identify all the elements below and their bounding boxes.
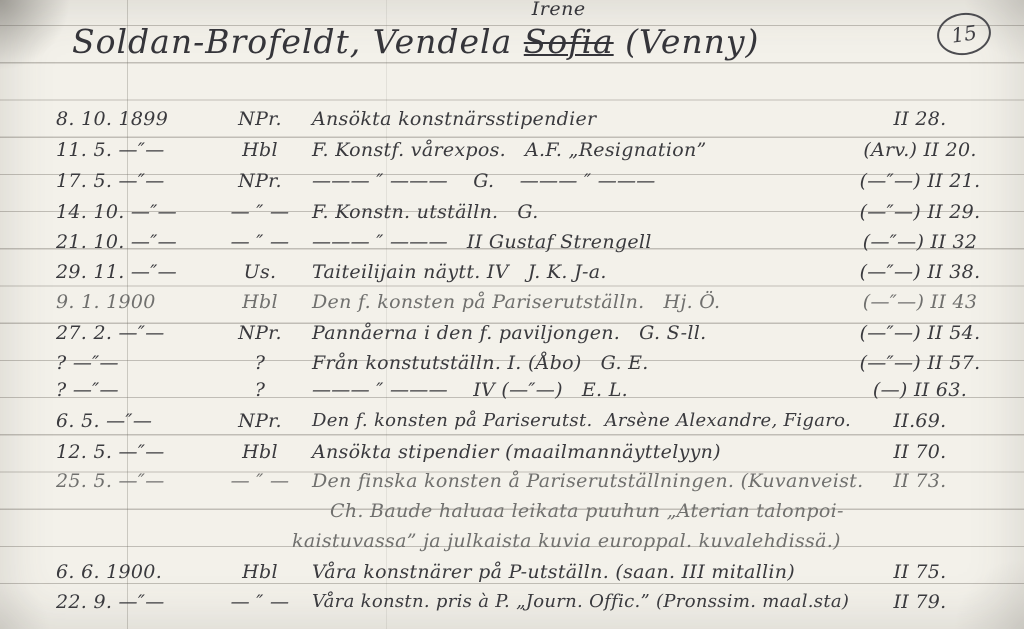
entry-text: Den f. konsten på Pariserutställn. Hj. Ö… bbox=[312, 291, 720, 313]
entry-row: 27. 2. —″— NPr. Pannåerna i den f. pavil… bbox=[0, 322, 1024, 352]
ledger-card: Soldan-Brofeldt, Vendela SofiaIrene (Ven… bbox=[0, 0, 1024, 629]
entry-date: 6. 6. 1900. bbox=[30, 561, 220, 583]
entry-source: Hbl bbox=[210, 561, 310, 583]
entry-date: 12. 5. —″— bbox=[30, 441, 220, 463]
entry-continuation-row: kaistuvassa” ja julkaista kuvia europpal… bbox=[0, 530, 1024, 560]
entry-source: Us. bbox=[210, 261, 310, 283]
entry-ref: II 28. bbox=[822, 108, 1018, 130]
entry-source: NPr. bbox=[210, 170, 310, 192]
page-number: 15 bbox=[950, 20, 979, 47]
entry-text: ——— ″ ——— IV (—″—) E. L. bbox=[312, 379, 628, 401]
entry-date: 6. 5. —″— bbox=[30, 410, 220, 432]
name-correction: Irene bbox=[532, 0, 586, 20]
entry-text: Från konstutställn. I. (Åbo) G. E. bbox=[312, 352, 649, 374]
entry-source: Hbl bbox=[210, 291, 310, 313]
entry-row: 25. 5. —″— — ″ — Den finska konsten å Pa… bbox=[0, 470, 1024, 500]
entry-continuation-row: Ch. Baude haluaa leikata puuhun „Aterian… bbox=[0, 500, 1024, 530]
entry-text: Pannåerna i den f. paviljongen. G. S-ll. bbox=[312, 322, 706, 344]
entry-source: — ″ — bbox=[210, 231, 310, 253]
entry-text: ——— ″ ——— G. ——— ″ ——— bbox=[312, 170, 656, 192]
entry-row: 11. 5. —″— Hbl F. Konstf. vårexpos. A.F.… bbox=[0, 139, 1024, 169]
entry-date: 25. 5. —″— bbox=[30, 470, 220, 492]
entry-text: Våra konstn. pris à P. „Journ. Offic.” (… bbox=[312, 591, 849, 612]
entry-text: Den f. konsten på Pariserutst. Arsène Al… bbox=[312, 410, 851, 431]
entry-row: 12. 5. —″— Hbl Ansökta stipendier (maail… bbox=[0, 441, 1024, 471]
entry-source: Hbl bbox=[210, 441, 310, 463]
entry-row: 29. 11. —″— Us. Taiteilijain näytt. IV J… bbox=[0, 261, 1024, 291]
entry-text: Ch. Baude haluaa leikata puuhun „Aterian… bbox=[330, 500, 844, 522]
entry-text: F. Konstf. vårexpos. A.F. „Resignation” bbox=[312, 139, 707, 161]
entry-ref: II 70. bbox=[822, 441, 1018, 463]
struck-name: SofiaIrene bbox=[524, 22, 614, 61]
entry-source: — ″ — bbox=[210, 201, 310, 223]
entry-row: 6. 6. 1900. Hbl Våra konstnärer på P-uts… bbox=[0, 561, 1024, 591]
entry-text: F. Konstn. utställn. G. bbox=[312, 201, 539, 223]
entry-row: 21. 10. —″— — ″ — ——— ″ ——— II Gustaf St… bbox=[0, 231, 1024, 261]
entry-ref: (—″—) II 21. bbox=[822, 170, 1018, 192]
entry-row: 22. 9. —″— — ″ — Våra konstn. pris à P. … bbox=[0, 591, 1024, 621]
entry-date: 9. 1. 1900 bbox=[30, 291, 220, 313]
person-name: Soldan-Brofeldt, Vendela bbox=[72, 22, 524, 61]
entry-source: ? bbox=[210, 379, 310, 401]
entry-date: 27. 2. —″— bbox=[30, 322, 220, 344]
entry-row: ? —″— ? Från konstutställn. I. (Åbo) G. … bbox=[0, 352, 1024, 382]
entry-source: — ″ — bbox=[210, 470, 310, 492]
entry-source: ? bbox=[210, 352, 310, 374]
entry-ref: (—″—) II 38. bbox=[822, 261, 1018, 283]
name-suffix: (Venny) bbox=[614, 22, 760, 61]
entry-text: Ansökta konstnärsstipendier bbox=[312, 108, 596, 130]
entry-date: 8. 10. 1899 bbox=[30, 108, 220, 130]
entry-date: 29. 11. —″— bbox=[30, 261, 220, 283]
entry-ref: (—″—) II 29. bbox=[822, 201, 1018, 223]
entry-ref: (—″—) II 57. bbox=[822, 352, 1018, 374]
entry-date: ? —″— bbox=[30, 379, 220, 401]
entry-ref: (—) II 63. bbox=[822, 379, 1018, 401]
entry-row: 6. 5. —″— NPr. Den f. konsten på Pariser… bbox=[0, 410, 1024, 440]
entry-source: NPr. bbox=[210, 108, 310, 130]
entry-ref: II 79. bbox=[822, 591, 1018, 613]
entry-ref: II.69. bbox=[822, 410, 1018, 432]
entry-ref: II 75. bbox=[822, 561, 1018, 583]
entry-ref: (Arv.) II 20. bbox=[822, 139, 1018, 161]
card-title: Soldan-Brofeldt, Vendela SofiaIrene (Ven… bbox=[72, 22, 759, 61]
entry-date: ? —″— bbox=[30, 352, 220, 374]
entry-date: 14. 10. —″— bbox=[30, 201, 220, 223]
entry-date: 22. 9. —″— bbox=[30, 591, 220, 613]
entry-text: Taiteilijain näytt. IV J. K. J-a. bbox=[312, 261, 607, 283]
entry-source: Hbl bbox=[210, 139, 310, 161]
entry-row: 17. 5. —″— NPr. ——— ″ ——— G. ——— ″ ——— (… bbox=[0, 170, 1024, 200]
entry-row: ? —″— ? ——— ″ ——— IV (—″—) E. L. (—) II … bbox=[0, 379, 1024, 409]
entry-text: kaistuvassa” ja julkaista kuvia europpal… bbox=[292, 530, 841, 552]
entry-source: NPr. bbox=[210, 322, 310, 344]
entry-ref: (—″—) II 43 bbox=[822, 291, 1018, 313]
entry-row: 8. 10. 1899 NPr. Ansökta konstnärsstipen… bbox=[0, 108, 1024, 138]
entry-ref: (—″—) II 32 bbox=[822, 231, 1018, 253]
entry-row: 9. 1. 1900 Hbl Den f. konsten på Pariser… bbox=[0, 291, 1024, 321]
entry-text: Ansökta stipendier (maailmannäyttelyyn) bbox=[312, 441, 721, 463]
entry-row: 14. 10. —″— — ″ — F. Konstn. utställn. G… bbox=[0, 201, 1024, 231]
entry-text: ——— ″ ——— II Gustaf Strengell bbox=[312, 231, 652, 253]
page-number-circle: 15 bbox=[934, 9, 993, 58]
entry-date: 11. 5. —″— bbox=[30, 139, 220, 161]
entry-date: 17. 5. —″— bbox=[30, 170, 220, 192]
entry-source: NPr. bbox=[210, 410, 310, 432]
entry-text: Våra konstnärer på P-utställn. (saan. II… bbox=[312, 561, 795, 583]
entry-text: Den finska konsten å Pariserutställninge… bbox=[312, 470, 863, 492]
entry-date: 21. 10. —″— bbox=[30, 231, 220, 253]
entry-ref: (—″—) II 54. bbox=[822, 322, 1018, 344]
entry-ref: II 73. bbox=[822, 470, 1018, 492]
entry-source: — ″ — bbox=[210, 591, 310, 613]
